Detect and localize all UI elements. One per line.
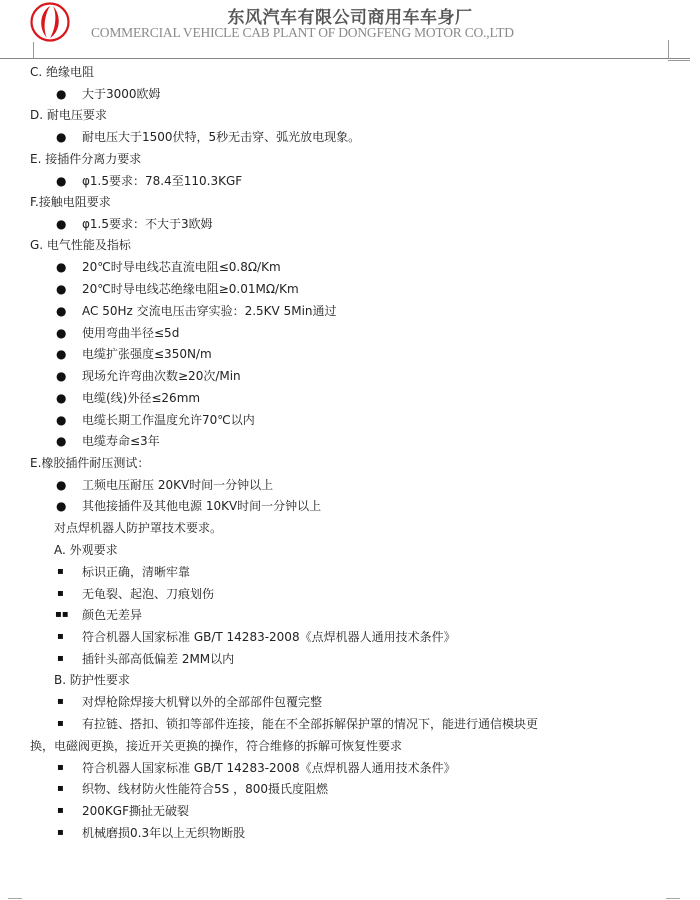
list-item: 200KGF撕扯无破裂 [82,803,189,819]
bullet-icon: ▪ [57,694,64,710]
bullet-icon: ▪ [57,803,64,819]
bullet-icon: ● [56,498,66,514]
bullet-icon: ● [56,129,66,145]
list-item: 耐电压大于1500伏特，5秒无击穿、弧光放电现象。 [82,129,360,145]
list-item: 插针头部高低偏差 2MM以内 [82,651,234,667]
bullet-icon: ● [56,259,66,275]
bullet-icon: ● [56,346,66,362]
section-heading-f: F.接触电阻要求 [30,194,111,210]
list-item: 颜色无差异 [82,607,142,623]
section-heading-d: D. 耐电压要求 [30,107,107,123]
page-header: 东风汽车有限公司商用车车身厂 COMMERCIAL VEHICLE CAB PL… [0,0,700,62]
list-item: 电缆扩张强度≤350N/m [82,346,212,362]
list-item: 有拉链、搭扣、锁扣等部件连接，能在不全部拆解保护罩的情况下，能进行通信模块更 [82,716,538,732]
bullet-icon: ● [56,216,66,232]
list-item: 电缆(线)外径≤26mm [82,390,200,406]
list-item: 机械磨损0.3年以上无织物断股 [82,825,245,841]
page-corner-mark-left [8,898,22,899]
bullet-icon: ▪ [57,564,64,580]
list-item-continuation: 换，电磁阀更换，接近开关更换的操作，符合维修的拆解可恢复性要求 [30,738,402,754]
bullet-icon: ● [56,477,66,493]
bullet-icon: ▪ [57,586,64,602]
bullet-icon: ● [56,173,66,189]
list-item: 电缆长期工作温度允许70℃以内 [82,412,255,428]
bullet-icon: ▪ [57,716,64,732]
bullet-icon: ● [56,390,66,406]
list-item: 使用弯曲半径≤5d [82,325,179,341]
section-heading-g: G. 电气性能及指标 [30,237,131,253]
bullet-icon: ● [56,433,66,449]
list-item: 符合机器人国家标准 GB/T 14283-2008《点焊机器人通用技术条件》 [82,629,456,645]
list-item: φ1.5要求：不大于3欧姆 [82,216,213,232]
section-heading-e2: E.橡胶插件耐压测试： [30,455,149,471]
bullet-icon: ▪▪ [55,607,69,623]
section-heading-e: E. 接插件分离力要求 [30,151,141,167]
bullet-icon: ▪ [57,825,64,841]
list-item: 符合机器人国家标准 GB/T 14283-2008《点焊机器人通用技术条件》 [82,760,456,776]
bullet-icon: ● [56,86,66,102]
section-heading-c: C. 绝缘电阻 [30,64,94,80]
list-item: φ1.5要求：78.4至110.3KGF [82,173,242,189]
list-item: 20℃时导电线芯绝缘电阻≥0.01MΩ/Km [82,281,299,297]
company-name-en: COMMERCIAL VEHICLE CAB PLANT OF DONGFENG… [91,25,514,41]
list-item: 标识正确，清晰牢靠 [82,564,190,580]
list-item: 大于3000欧姆 [82,86,161,102]
margin-mark-left [33,42,34,58]
bullet-icon: ▪ [57,760,64,776]
header-divider [0,58,690,59]
list-item: 对焊枪除焊接大机臂以外的全部部件包覆完整 [82,694,322,710]
list-item: 无龟裂、起泡、刀痕划伤 [82,586,214,602]
margin-mark-right [668,40,669,58]
bullet-icon: ▪ [57,629,64,645]
bullet-icon: ● [56,281,66,297]
bullet-icon: ● [56,325,66,341]
list-item: 20℃时导电线芯直流电阻≤0.8Ω/Km [82,259,281,275]
page-corner-mark-right [666,898,680,899]
list-item: AC 50Hz 交流电压击穿实验：2.5KV 5Min通过 [82,303,337,319]
bullet-icon: ▪ [57,651,64,667]
robot-cover-title: 对点焊机器人防护罩技术要求。 [54,520,222,536]
bullet-icon: ▪ [57,781,64,797]
list-item: 现场允许弯曲次数≥20次/Min [82,368,241,384]
list-item: 织物、线材防火性能符合5S ，800摄氏度阻燃 [82,781,328,797]
bullet-icon: ● [56,412,66,428]
list-item: 其他接插件及其他电源 10KV时间一分钟以上 [82,498,321,514]
section-heading-b: B. 防护性要求 [54,672,130,688]
section-heading-a: A. 外观要求 [54,542,118,558]
bullet-icon: ● [56,303,66,319]
list-item: 电缆寿命≤3年 [82,433,160,449]
bullet-icon: ● [56,368,66,384]
margin-mark-right-h [668,60,690,61]
list-item: 工频电压耐压 20KV时间一分钟以上 [82,477,273,493]
